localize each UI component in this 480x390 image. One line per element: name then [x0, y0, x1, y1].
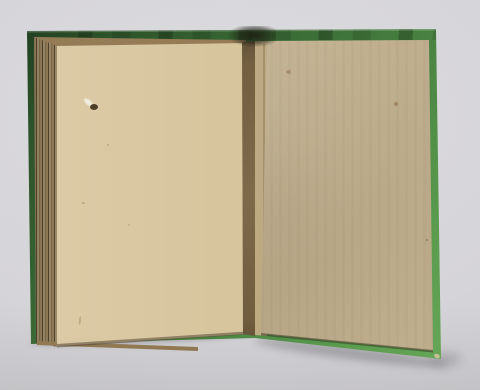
endpaper-speck-mid — [394, 102, 398, 106]
endpaper-speck-small — [426, 239, 428, 241]
page-flaw-dark-speck — [90, 104, 98, 110]
endpaper-speck-top — [286, 70, 291, 74]
page-speck-1 — [107, 144, 109, 146]
photo-open-book — [0, 0, 480, 390]
spine-top-shadow — [228, 26, 276, 47]
page-speck-3 — [128, 224, 130, 226]
page-speck-2 — [82, 202, 85, 204]
